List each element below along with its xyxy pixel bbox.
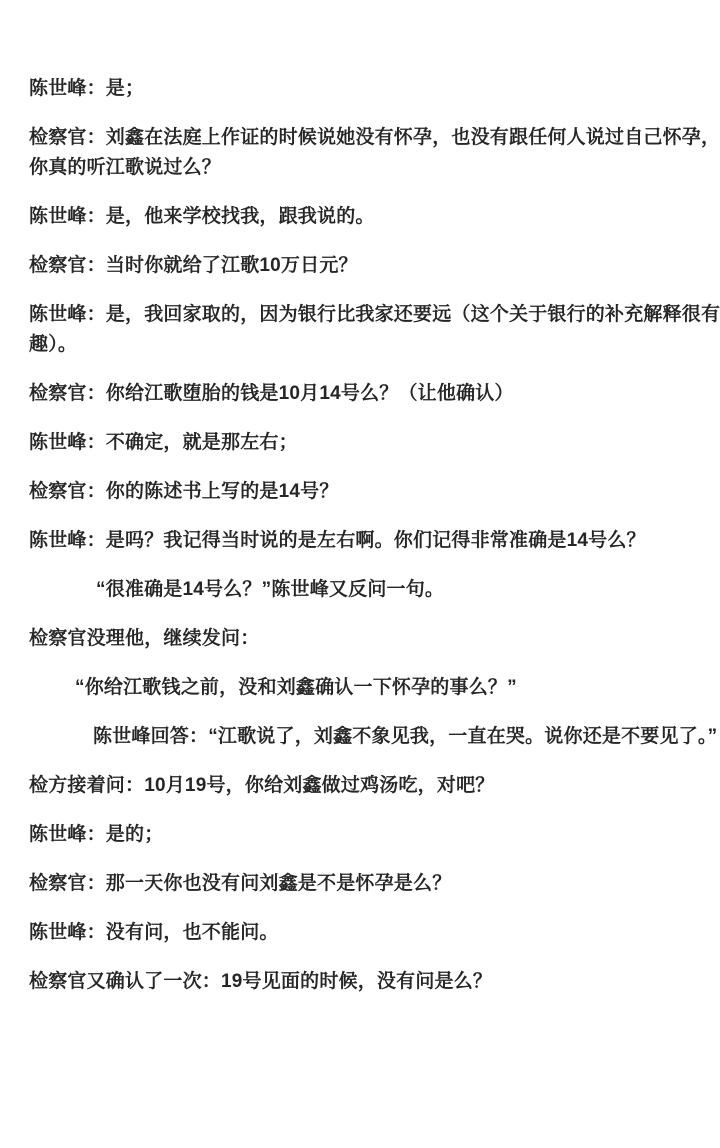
transcript-paragraph: 陈世峰：是，他来学校找我，跟我说的。 [29,202,714,232]
transcript-line: 陈世峰：是； [29,78,144,99]
transcript-line: 检察官：刘鑫在法庭上作证的时候说她没有怀孕，也没有跟任何人说过自己怀孕， [29,127,720,148]
transcript-line: 陈世峰：没有问，也不能问。 [29,922,279,943]
transcript-line: 你真的听江歌说过么？ [29,157,221,178]
transcript-paragraph: 陈世峰：是的； [29,820,714,850]
transcript-paragraph: 陈世峰：是； [29,74,714,104]
transcript-line: 检察官：那一天你也没有问刘鑫是不是怀孕是么？ [29,873,451,894]
transcript-paragraph: 检察官又确认了一次：19号见面的时候，没有问是么？ [29,967,714,997]
transcript-line: 陈世峰：是的； [29,824,163,845]
transcript-paragraph: 陈世峰：是吗？我记得当时说的是左右啊。你们记得非常准确是14号么？ [29,526,714,556]
transcript: 陈世峰：是；检察官：刘鑫在法庭上作证的时候说她没有怀孕，也没有跟任何人说过自己怀… [29,74,714,997]
transcript-paragraph: 陈世峰回答：“江歌说了，刘鑫不象见我，一直在哭。说你还是不要见了。” [29,722,714,752]
transcript-line: 检察官：你的陈述书上写的是14号？ [29,481,339,502]
transcript-paragraph: 陈世峰：不确定，就是那左右； [29,428,714,458]
transcript-paragraph: 检察官：你给江歌堕胎的钱是10月14号么？（让他确认） [29,379,714,409]
transcript-page: 陈世峰：是；检察官：刘鑫在法庭上作证的时候说她没有怀孕，也没有跟任何人说过自己怀… [0,0,720,1148]
transcript-line: 趣）。 [29,334,77,355]
transcript-line: 检方接着问：10月19号，你给刘鑫做过鸡汤吃，对吧？ [29,775,494,796]
transcript-line: 陈世峰：是，他来学校找我，跟我说的。 [29,206,375,227]
transcript-paragraph: “很准确是14号么？”陈世峰又反问一句。 [29,575,714,605]
transcript-line: “很准确是14号么？”陈世峰又反问一句。 [96,579,444,600]
transcript-line: 检察官没理他，继续发问： [29,628,259,649]
transcript-line: “你给江歌钱之前，没和刘鑫确认一下怀孕的事么？” [75,677,517,698]
transcript-line: 检察官：你给江歌堕胎的钱是10月14号么？（让他确认） [29,383,514,404]
transcript-line: 陈世峰：是吗？我记得当时说的是左右啊。你们记得非常准确是14号么？ [29,530,646,551]
transcript-line: 陈世峰：是，我回家取的，因为银行比我家还要远（这个关于银行的补充解释很有 [29,304,720,325]
transcript-paragraph: 陈世峰：没有问，也不能问。 [29,918,714,948]
transcript-paragraph: “你给江歌钱之前，没和刘鑫确认一下怀孕的事么？” [29,673,714,703]
transcript-line: 陈世峰：不确定，就是那左右； [29,432,298,453]
transcript-paragraph: 检察官没理他，继续发问： [29,624,714,654]
transcript-paragraph: 检察官：刘鑫在法庭上作证的时候说她没有怀孕，也没有跟任何人说过自己怀孕，你真的听… [29,123,714,183]
transcript-line: 检察官：当时你就给了江歌10万日元？ [29,255,358,276]
transcript-line: 检察官又确认了一次：19号见面的时候，没有问是么？ [29,971,492,992]
transcript-paragraph: 检方接着问：10月19号，你给刘鑫做过鸡汤吃，对吧？ [29,771,714,801]
transcript-line: 陈世峰回答：“江歌说了，刘鑫不象见我，一直在哭。说你还是不要见了。” [93,726,717,747]
transcript-paragraph: 检察官：你的陈述书上写的是14号？ [29,477,714,507]
transcript-paragraph: 检察官：那一天你也没有问刘鑫是不是怀孕是么？ [29,869,714,899]
transcript-paragraph: 检察官：当时你就给了江歌10万日元？ [29,251,714,281]
transcript-paragraph: 陈世峰：是，我回家取的，因为银行比我家还要远（这个关于银行的补充解释很有趣）。 [29,300,714,360]
